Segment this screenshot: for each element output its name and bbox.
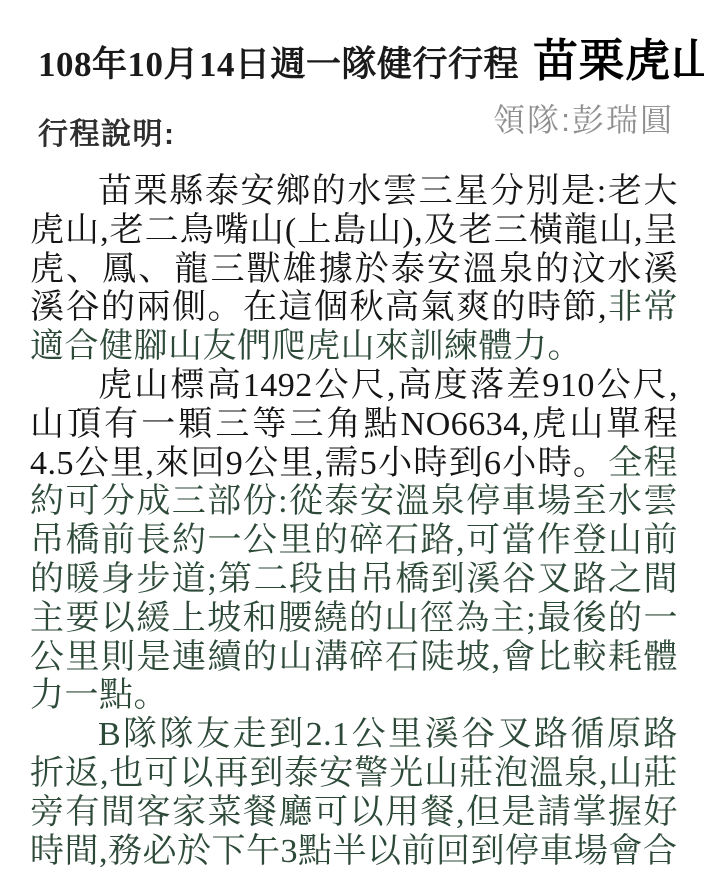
paragraph-route-normal: 虎山標高1492公尺,高度落差910公尺,山頂有一顆三等三角點NO6634,虎山… — [30, 367, 678, 482]
subheader-row: 行程說明: 領隊:彭瑞圓 — [38, 95, 674, 153]
paragraph-intro: 苗栗縣泰安鄉的水雲三星分別是:老大虎山,老二鳥嘴山(上島山),及老三橫龍山,呈虎… — [30, 173, 678, 367]
document-page: 108年10月14日週一隊健行行程 苗栗虎山 行程說明: 領隊:彭瑞圓 苗栗縣泰… — [0, 0, 704, 870]
paragraph-bteam-highlight: B隊隊友走到2.1公里溪谷叉路循原路折返,也可以再到泰安警光山莊泡溫泉,山莊旁有… — [30, 716, 678, 869]
paragraph-route-highlight: 全程約可分成三部份:從泰安溫泉停車場至水雲吊橋前長約一公里的碎石路,可當作登山前… — [30, 445, 678, 715]
document-title: 108年10月14日週一隊健行行程 苗栗虎山 — [38, 24, 678, 89]
itinerary-body: 苗栗縣泰安鄉的水雲三星分別是:老大虎山,老二鳥嘴山(上島山),及老三橫龍山,呈虎… — [30, 173, 678, 870]
title-destination-text: 苗栗虎山 — [533, 24, 704, 89]
paragraph-bteam: B隊隊友走到2.1公里溪谷叉路循原路折返,也可以再到泰安警光山莊泡溫泉,山莊旁有… — [30, 716, 678, 870]
paragraph-route: 虎山標高1492公尺,高度落差910公尺,山頂有一顆三等三角點NO6634,虎山… — [30, 367, 678, 716]
title-date-text: 108年10月14日週一隊健行行程 — [38, 37, 519, 87]
paragraph-intro-normal: 苗栗縣泰安鄉的水雲三星分別是:老大虎山,老二鳥嘴山(上島山),及老三橫龍山,呈虎… — [30, 173, 678, 326]
itinerary-description-label: 行程說明: — [38, 109, 176, 153]
leader-credit: 領隊:彭瑞圓 — [493, 95, 674, 141]
